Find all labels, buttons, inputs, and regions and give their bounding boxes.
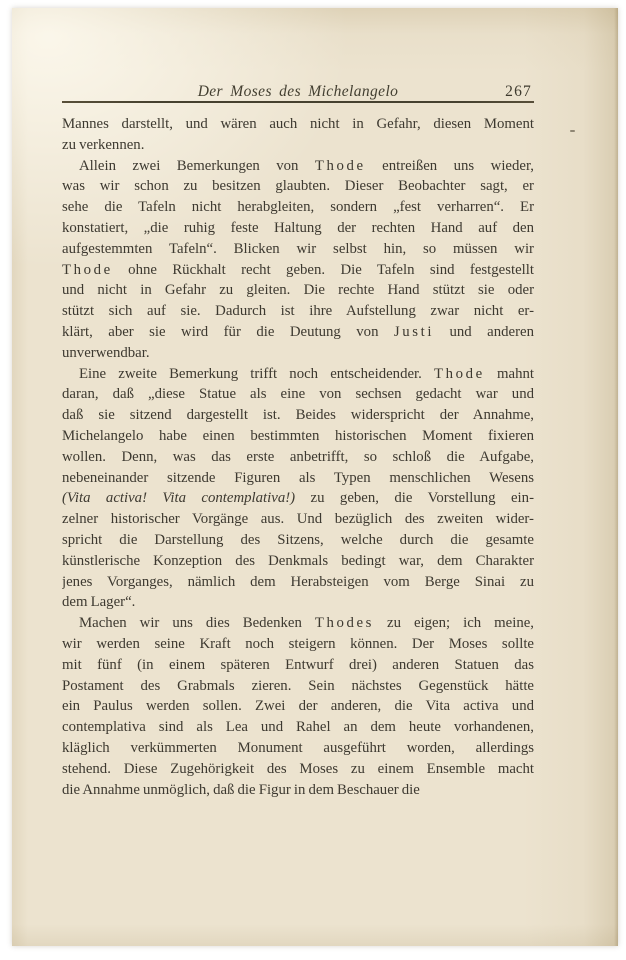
body-text: Mannes darstellt, und wären auch nicht i… [62,114,534,800]
text-run: contemplativa sind als Lea und Rahel an … [62,719,534,735]
text-run: dem Lager“. [62,594,135,610]
text-run: und nicht in Gefahr zu gleiten. Die rech… [62,282,534,298]
text-run: daß sie sitzend dargestellt ist. Beides … [62,407,534,423]
text-run: zu geben, die Vorstellung ein- [295,490,534,506]
text-run: Postament des Grabmals zieren. Sein näch… [62,678,534,694]
text-run: was wir schon zu besitzen glaubten. Dies… [62,178,534,194]
text-line: Thode ohne Rückhalt recht geben. Die Taf… [62,260,534,281]
text-line: klärt, aber sie wird für die Deutung von… [62,322,534,343]
italic-phrase: (Vita activa! Vita contemplativa!) [62,490,295,506]
text-run: stehend. Diese Zugehörigkeit des Moses z… [62,761,534,777]
text-line: spricht die Darstellung des Sitzens, wel… [62,530,534,551]
text-run: zu eigen; ich meine, [374,615,534,631]
text-line: wir werden seine Kraft noch steigern kön… [62,634,534,655]
paragraph: Allein zwei Bemerkungen von Thode entrei… [62,156,534,364]
text-run: nebeneinander sitzende Figuren als Typen… [62,470,534,486]
text-line: zelner historischer Vorgänge aus. Und be… [62,509,534,530]
text-run: zelner historischer Vorgänge aus. Und be… [62,511,534,527]
text-line: dem Lager“. [62,592,534,613]
text-line: stehend. Diese Zugehörigkeit des Moses z… [62,759,534,780]
header-rule [62,101,534,103]
text-run: stützt sich auf sie. Dadurch ist ihre Au… [62,303,534,319]
text-line: was wir schon zu besitzen glaubten. Dies… [62,176,534,197]
text-run: mahnt [485,366,534,382]
text-run: Mannes darstellt, und wären auch nicht i… [62,116,534,132]
text-line: stützt sich auf sie. Dadurch ist ihre Au… [62,301,534,322]
running-title: Der Moses des Michelangelo [62,83,534,101]
text-run: ein Paulus werden sollen. Zwei der ander… [62,698,534,714]
scan-frame: Der Moses des Michelangelo 267 Mannes da… [0,0,626,960]
text-line: Mannes darstellt, und wären auch nicht i… [62,114,534,135]
running-header: Der Moses des Michelangelo 267 [62,83,534,103]
text-run: unverwendbar. [62,345,150,361]
text-run: Michelangelo habe einen bestimmten histo… [62,428,534,444]
text-line: contemplativa sind als Lea und Rahel an … [62,717,534,738]
text-line: ein Paulus werden sollen. Zwei der ander… [62,696,534,717]
text-run: daran, daß „diese Statue als eine von se… [62,386,534,402]
text-run: kläglich verkümmerten Monument ausgeführ… [62,740,534,756]
text-line: unverwendbar. [62,343,534,364]
paragraph: Mannes darstellt, und wären auch nicht i… [62,114,534,156]
spaced-name: Thode [62,262,113,278]
text-line: Eine zweite Bemerkung trifft noch entsch… [62,364,534,385]
text-run: wir werden seine Kraft noch steigern kön… [62,636,534,652]
text-run: spricht die Darstellung des Sitzens, wel… [62,532,534,548]
text-run: mit fünf (in einem späteren Entwurf drei… [62,657,534,673]
text-line: zu verkennen. [62,135,534,156]
text-run: wollen. Denn, was das erste anbetrifft, … [62,449,534,465]
paragraph: Eine zweite Bemerkung trifft noch entsch… [62,364,534,614]
text-run: klärt, aber sie wird für die Deutung von [62,324,394,340]
text-run: Allein zwei Bemerkungen von [79,158,315,174]
text-line: wollen. Denn, was das erste anbetrifft, … [62,447,534,468]
text-run: ohne Rückhalt recht geben. Die Tafeln si… [113,262,534,278]
text-line: (Vita activa! Vita contemplativa!) zu ge… [62,488,534,509]
text-run: und anderen [434,324,534,340]
text-run: konstatiert, „die ruhig feste Haltung de… [62,220,534,236]
text-line: Machen wir uns dies Bedenken Thodes zu e… [62,613,534,634]
text-line: Postament des Grabmals zieren. Sein näch… [62,676,534,697]
text-line: daß sie sitzend dargestellt ist. Beides … [62,405,534,426]
text-run: künstlerische Konzeption des Denkmals be… [62,553,534,569]
text-run: aufgestemmten Tafeln“. Blicken wir selbs… [62,241,534,257]
text-run: die Annahme unmöglich, daß die Figur in … [62,782,420,798]
text-line: daran, daß „diese Statue als eine von se… [62,384,534,405]
spaced-name: Thode [315,158,366,174]
text-run: entreißen uns wieder, [366,158,534,174]
spaced-name: Justi [394,324,434,340]
text-run: sehe die Tafeln nicht herabgleiten, sond… [62,199,534,215]
spaced-name: Thodes [315,615,374,631]
text-run: Eine zweite Bemerkung trifft noch entsch… [79,366,434,382]
text-line: jenes Vorganges, nämlich dem Herabsteige… [62,572,534,593]
text-line: künstlerische Konzeption des Denkmals be… [62,551,534,572]
text-line: Michelangelo habe einen bestimmten histo… [62,426,534,447]
text-line: die Annahme unmöglich, daß die Figur in … [62,780,534,801]
text-line: mit fünf (in einem späteren Entwurf drei… [62,655,534,676]
text-line: nebeneinander sitzende Figuren als Typen… [62,468,534,489]
text-line: aufgestemmten Tafeln“. Blicken wir selbs… [62,239,534,260]
page-number: 267 [505,83,532,101]
text-run: zu verkennen. [62,137,144,153]
text-line: Allein zwei Bemerkungen von Thode entrei… [62,156,534,177]
text-run: Machen wir uns dies Bedenken [79,615,315,631]
text-line: konstatiert, „die ruhig feste Haltung de… [62,218,534,239]
text-line: und nicht in Gefahr zu gleiten. Die rech… [62,280,534,301]
text-run: jenes Vorganges, nämlich dem Herabsteige… [62,574,534,590]
text-line: sehe die Tafeln nicht herabgleiten, sond… [62,197,534,218]
paragraph: Machen wir uns dies Bedenken Thodes zu e… [62,613,534,800]
spaced-name: Thode [434,366,485,382]
book-page: Der Moses des Michelangelo 267 Mannes da… [12,8,618,946]
scan-artifact [570,130,575,132]
text-line: kläglich verkümmerten Monument ausgeführ… [62,738,534,759]
